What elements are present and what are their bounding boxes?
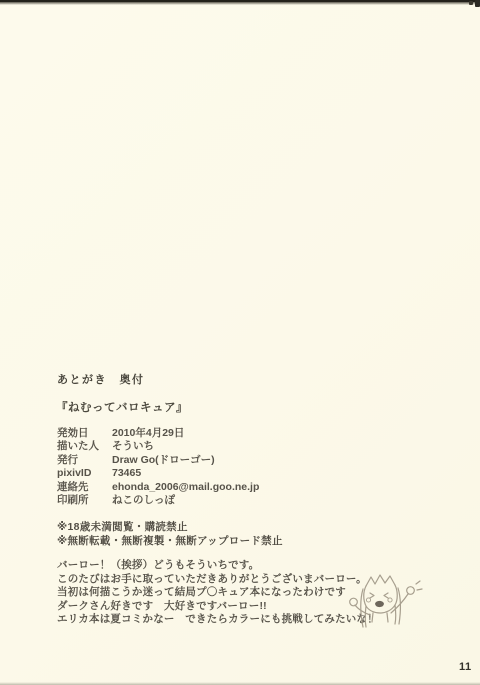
table-row: 描いた人 そういち	[57, 440, 357, 453]
table-row: 発行 Draw Go(ドローゴー)	[57, 454, 357, 467]
waving-girl-doodle	[349, 571, 425, 633]
row-label: 連絡先	[57, 481, 112, 494]
row-value: Draw Go(ドローゴー)	[112, 454, 357, 467]
table-row: pixivID 73465	[57, 467, 357, 480]
afterword-line: バーロー！（挨拶）どうもそういちです。	[57, 559, 387, 573]
afterword-line: 当初は何描こうか迷って結局プ〇キュア本になったわけです	[57, 586, 387, 600]
table-row: 発効日 2010年4月29日	[57, 427, 357, 440]
afterword-line: エリカ本は夏コミかなー できたらカラーにも挑戦してみたいな！	[57, 613, 387, 627]
scanned-colophon-page: あとがき 奥付 『ねむってバロキュア』 発効日 2010年4月29日 描いた人 …	[0, 0, 480, 685]
row-value: ねこのしっぽ	[112, 494, 357, 507]
table-row: 印刷所 ねこのしっぽ	[57, 494, 357, 507]
row-label: 発効日	[57, 427, 112, 440]
row-value: 73465	[112, 467, 357, 480]
row-value: そういち	[112, 440, 357, 453]
row-label: 発行	[57, 454, 112, 467]
afterword-line: このたびはお手に取っていただきありがとうございまバーロー。	[57, 573, 387, 587]
page-number: 11	[459, 661, 472, 673]
notice-line: ※無断転載・無断複製・無断アップロード禁止	[57, 535, 397, 549]
colophon-table: 発効日 2010年4月29日 描いた人 そういち 発行 Draw Go(ドローゴ…	[57, 427, 357, 507]
table-row: 連絡先 ehonda_2006@mail.goo.ne.jp	[57, 481, 357, 494]
scan-corner-artifact	[475, 0, 480, 7]
notice-line: ※18歳未満閲覧・購読禁止	[57, 521, 397, 535]
row-value: ehonda_2006@mail.goo.ne.jp	[112, 481, 357, 494]
scan-top-edge-shadow	[0, 2, 480, 5]
row-label: 描いた人	[57, 440, 112, 453]
book-title: 『ねむってバロキュア』	[56, 399, 188, 415]
row-label: pixivID	[57, 467, 112, 480]
section-title: あとがき 奥付	[57, 371, 145, 387]
scan-corner-artifact	[469, 1, 473, 5]
row-value: 2010年4月29日	[112, 427, 357, 440]
restriction-notices: ※18歳未満閲覧・購読禁止 ※無断転載・無断複製・無断アップロード禁止	[57, 521, 397, 549]
row-label: 印刷所	[57, 494, 112, 507]
afterword-line: ダークさん好きです 大好きですバーロー!!	[57, 600, 387, 614]
afterword-paragraph: バーロー！（挨拶）どうもそういちです。 このたびはお手に取っていただきありがとう…	[57, 559, 387, 627]
